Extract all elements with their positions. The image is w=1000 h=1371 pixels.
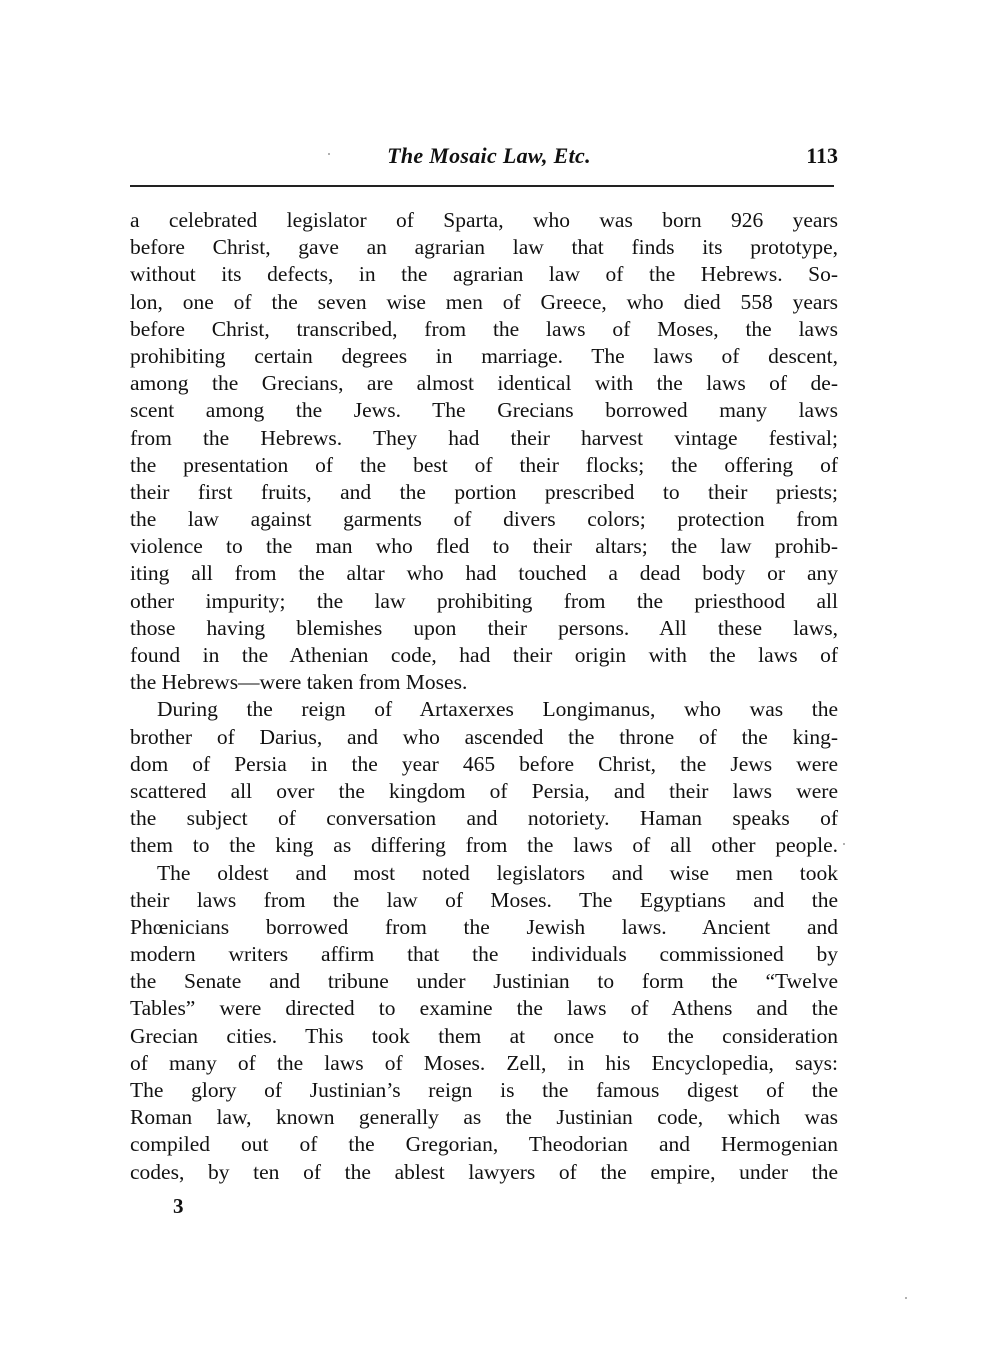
text-line: before Christ, transcribed, from the law… — [130, 316, 838, 343]
text-line: lon, one of the seven wise men of Greece… — [130, 289, 838, 316]
signature-mark: 3 — [173, 1192, 184, 1220]
body-text: a celebrated legislator of Sparta, who w… — [130, 207, 838, 1186]
running-head: The Mosaic Law, Etc. 113 — [130, 140, 838, 172]
text-line: the subject of conversation and notoriet… — [130, 805, 838, 832]
text-line: from the Hebrews. They had their harvest… — [130, 425, 838, 452]
text-line: without its defects, in the agrarian law… — [130, 261, 838, 288]
text-line: Grecian cities. This took them at once t… — [130, 1023, 838, 1050]
book-page: The Mosaic Law, Etc. 113 a celebrated le… — [0, 0, 1000, 1371]
text-line: the law against garments of divers color… — [130, 506, 838, 533]
scan-speck — [905, 1297, 907, 1299]
header-rule — [130, 185, 834, 187]
text-line: their first fruits, and the portion pres… — [130, 479, 838, 506]
text-line: brother of Darius, and who ascended the … — [130, 724, 838, 751]
text-line: other impurity; the law prohibiting from… — [130, 588, 838, 615]
text-line: the Hebrews—were taken from Moses. — [130, 669, 838, 696]
text-line: modern writers affirm that the individua… — [130, 941, 838, 968]
text-line: Phœnicians borrowed from the Jewish laws… — [130, 914, 838, 941]
text-line: the Senate and tribune under Justinian t… — [130, 968, 838, 995]
text-line: them to the king as differing from the l… — [130, 832, 838, 859]
text-line: codes, by ten of the ablest lawyers of t… — [130, 1159, 838, 1186]
text-line: Roman law, known generally as the Justin… — [130, 1104, 838, 1131]
text-line: of many of the laws of Moses. Zell, in h… — [130, 1050, 838, 1077]
text-line: The glory of Justinian’s reign is the fa… — [130, 1077, 838, 1104]
text-line: violence to the man who fled to their al… — [130, 533, 838, 560]
text-line: their laws from the law of Moses. The Eg… — [130, 887, 838, 914]
text-line: compiled out of the Gregorian, Theodoria… — [130, 1131, 838, 1158]
running-title: The Mosaic Law, Etc. — [130, 140, 838, 172]
text-line: prohibiting certain degrees in marriage.… — [130, 343, 838, 370]
text-line: before Christ, gave an agrarian law that… — [130, 234, 838, 261]
paragraph-2: During the reign of Artaxerxes Longimanu… — [130, 696, 838, 859]
text-line: those having blemishes upon their person… — [130, 615, 838, 642]
scan-speck — [843, 843, 845, 845]
text-line: found in the Athenian code, had their or… — [130, 642, 838, 669]
text-line: scent among the Jews. The Grecians borro… — [130, 397, 838, 424]
page-number: 113 — [806, 140, 838, 172]
text-line: among the Grecians, are almost identical… — [130, 370, 838, 397]
paragraph-1: a celebrated legislator of Sparta, who w… — [130, 207, 838, 696]
scan-speck — [328, 153, 330, 155]
text-line: a celebrated legislator of Sparta, who w… — [130, 207, 838, 234]
text-line: the presentation of the best of their fl… — [130, 452, 838, 479]
text-line: The oldest and most noted legislators an… — [130, 860, 838, 887]
text-line: scattered all over the kingdom of Persia… — [130, 778, 838, 805]
paragraph-3: The oldest and most noted legislators an… — [130, 860, 838, 1186]
text-line: During the reign of Artaxerxes Longimanu… — [130, 696, 838, 723]
text-line: Tables” were directed to examine the law… — [130, 995, 838, 1022]
text-line: iting all from the altar who had touched… — [130, 560, 838, 587]
text-line: dom of Persia in the year 465 before Chr… — [130, 751, 838, 778]
